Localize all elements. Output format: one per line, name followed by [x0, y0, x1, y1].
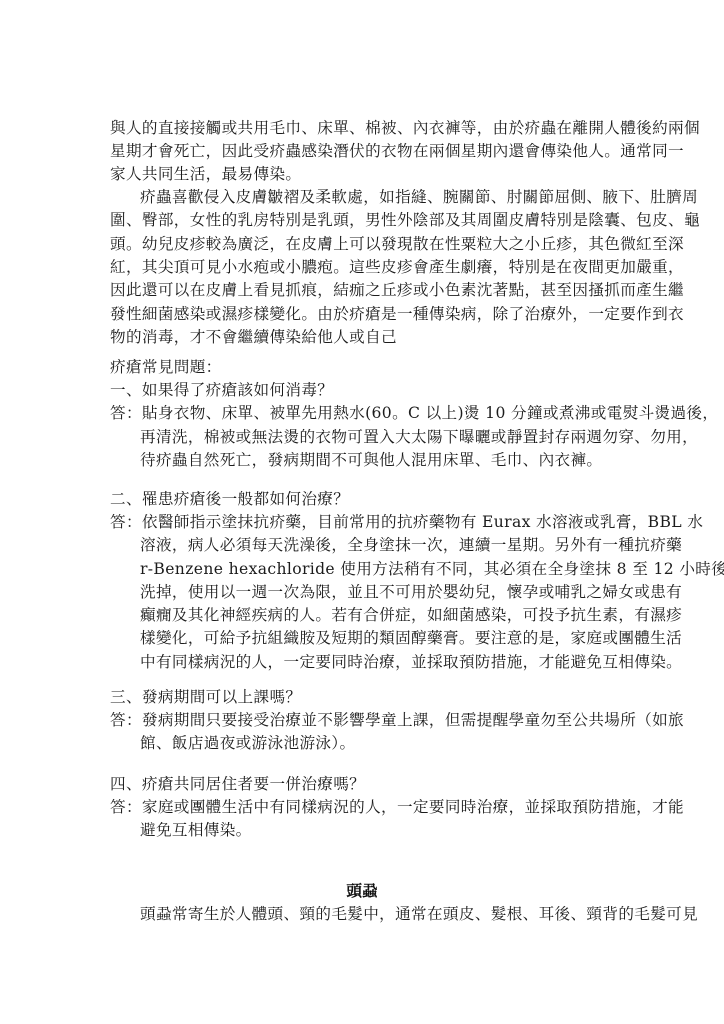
paragraph-line: 因此還可以在皮膚上看見抓痕，結痂之丘疹或小色素沈著點，甚至因搔抓而產生繼	[110, 280, 684, 300]
faq-answer-line: 癲癇及其化神經疾病的人。若有合併症，如細菌感染，可投予抗生素，有濕疹	[140, 605, 682, 625]
paragraph-line: 疥蟲喜歡侵入皮膚皺褶及柔軟處，如指縫、腕關節、肘關節屈側、腋下、肚臍周	[140, 187, 698, 207]
faq-answer-line: r-Benzene hexachloride 使用方法稍有不同，其必須在全身塗抹…	[140, 559, 724, 579]
faq-answer-line: 答：貼身衣物、床單、被單先用熱水(60。C 以上)燙 10 分鐘或煮沸或電熨斗燙…	[110, 403, 718, 423]
faq-answer-line: 待疥蟲自然死亡，發病期間不可與他人混用床單、毛巾、內衣褲。	[140, 450, 602, 470]
faq-question: 三、發病期間可以上課嗎？	[110, 687, 301, 707]
paragraph-line: 紅，其尖頂可見小水疱或小膿疱。這些皮疹會產生劇癢，特別是在夜間更加嚴重，	[110, 257, 684, 277]
paragraph-line: 星期才會死亡，因此受疥蟲感染潛伏的衣物在兩個星期內還會傳染他人。通常同一	[110, 141, 684, 161]
paragraph-line: 物的消毒，才不會繼續傳染給他人或自己	[110, 327, 397, 347]
faq-answer-line: 答：家庭或團體生活中有同樣病況的人，一定要同時治療，並採取預防措施，才能	[110, 797, 684, 817]
faq-answer-line: 中有同樣病況的人，一定要同時治療，並採取預防措施，才能避免互相傳染。	[140, 652, 682, 672]
faq-answer-line: 館、飯店過夜或游泳池游泳）。	[140, 733, 355, 753]
faq-answer-line: 再清洗，棉被或無法燙的衣物可置入大太陽下曝曬或靜置封存兩週勿穿、勿用，	[140, 427, 698, 447]
paragraph-line: 家人共同生活，最易傳染。	[110, 164, 301, 184]
paragraph-line: 頭蝨常寄生於人體頭、頸的毛髮中，通常在頭皮、髮根、耳後、頸背的毛髮可見	[140, 904, 698, 924]
section-title: 頭蝨	[0, 881, 724, 901]
faq-answer-line: 避免互相傳染。	[140, 820, 252, 840]
faq-question: 四、疥瘡共同居住者要一併治療嗎？	[110, 774, 365, 794]
faq-answer-line: 答：發病期間只要接受治療並不影響學童上課，但需提醒學童勿至公共場所（如旅	[110, 710, 684, 730]
faq-answer-line: 洗掉，使用以一週一次為限，並且不可用於嬰幼兒，懷孕或哺乳之婦女或患有	[140, 582, 682, 602]
faq-answer-line: 答：依醫師指示塗抹抗疥藥，目前常用的抗疥藥物有 Eurax 水溶液或乳膏，BBL…	[110, 512, 703, 532]
faq-heading: 疥瘡常見問題：	[110, 357, 222, 377]
faq-answer-line: 溶液，病人必須每天洗澡後，全身塗抹一次，連續一星期。另外有一種抗疥藥	[140, 535, 682, 555]
paragraph-line: 與人的直接接觸或共用毛巾、床單、棉被、內衣褲等，由於疥蟲在離開人體後約兩個	[110, 118, 700, 138]
faq-question: 二、罹患疥瘡後一般都如何治療？	[110, 489, 349, 509]
faq-question: 一、如果得了疥瘡該如何消毒？	[110, 380, 333, 400]
paragraph-line: 頭。幼兒皮疹較為廣泛，在皮膚上可以發現散在性粟粒大之小丘疹，其色微紅至深	[110, 234, 684, 254]
paragraph-line: 發性細菌感染或濕疹樣變化。由於疥瘡是一種傳染病，除了治療外，一定要作到衣	[110, 304, 684, 324]
paragraph-line: 圍、臀部，女性的乳房特別是乳頭，男性外陰部及其周圍皮膚特別是陰囊、包皮、龜	[110, 210, 700, 230]
document-page: 與人的直接接觸或共用毛巾、床單、棉被、內衣褲等，由於疥蟲在離開人體後約兩個 星期…	[0, 0, 724, 1024]
faq-answer-line: 樣變化，可給予抗組織胺及短期的類固醇藥膏。要注意的是，家庭或團體生活	[140, 628, 682, 648]
